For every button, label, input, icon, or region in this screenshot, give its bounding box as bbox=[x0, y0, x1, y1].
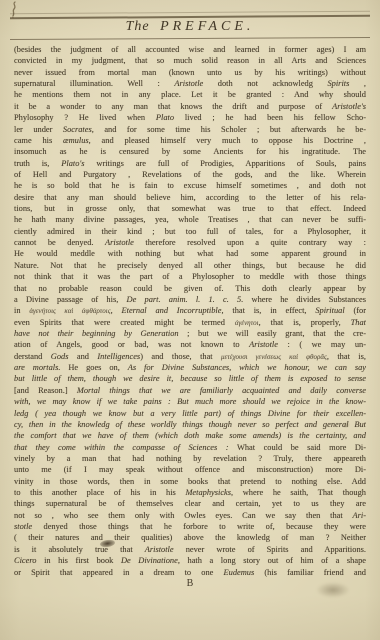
page-title-main: PREFACE. bbox=[160, 19, 254, 34]
text-line: vinity in those words, then in some book… bbox=[14, 476, 366, 487]
page-title: The PREFACE. bbox=[0, 19, 380, 35]
text-line: even Spirits that were created might be … bbox=[14, 317, 366, 328]
text-line: the comfort that we have of them (which … bbox=[14, 430, 366, 441]
text-line: ler under Socrates, and for some time hi… bbox=[14, 124, 366, 135]
text-line: are mortals. He goes on, As for Divine S… bbox=[14, 362, 366, 373]
text-line: stotle denyed those things that he forbo… bbox=[14, 521, 366, 532]
book-page: The PREFACE. (besides the judgment of al… bbox=[0, 0, 380, 640]
text-line: ciently admired in their kind ; but too … bbox=[14, 226, 366, 237]
text-line: never issued from mortal man (known unto… bbox=[14, 67, 366, 78]
text-line: things supernatural be of themselves cle… bbox=[14, 498, 366, 509]
text-line: [and Reason.] Mortal things that we are … bbox=[14, 385, 366, 396]
text-line: not so , who see them only with Owles ey… bbox=[14, 510, 366, 521]
text-line: (besides the judgment of all accounted w… bbox=[14, 44, 366, 55]
text-line: with, we may know if we take pains : But… bbox=[14, 396, 366, 407]
text-line: vinely by a man that had nothing by reve… bbox=[14, 453, 366, 464]
text-line: cy, then in the knowledg of these worldl… bbox=[14, 419, 366, 430]
text-line: tions, but in grosse only, that somewhat… bbox=[14, 203, 366, 214]
text-line: He would meddle with nothing but what ha… bbox=[14, 248, 366, 259]
text-line: he is so bold that he is fain to excuse … bbox=[14, 180, 366, 191]
text-line: desire that any man should believe him, … bbox=[14, 192, 366, 203]
text-line: it be a wonder to any man that knows the… bbox=[14, 101, 366, 112]
text-line: Nature. Not that he precisely denyed all… bbox=[14, 260, 366, 271]
text-line: of Hell and Purgatory , Revelations of t… bbox=[14, 169, 366, 180]
smudge-right-margin bbox=[342, 422, 350, 428]
text-line: a Divine passage of his, De part. anim. … bbox=[14, 294, 366, 305]
text-line: Phylosophy ? He lived when Plato lived ;… bbox=[14, 112, 366, 123]
text-line: in ἀγενήτοις καὶ ἀφθάρτοις, Eternal and … bbox=[14, 305, 366, 316]
text-line: is it absolutely true that Aristotle nev… bbox=[14, 544, 366, 555]
text-line: ation of Angels, good or bad, was not kn… bbox=[14, 339, 366, 350]
text-line: ( their natures and their qualities) abo… bbox=[14, 532, 366, 543]
text-line: derstand Gods and Intelligences) and tho… bbox=[14, 351, 366, 362]
text-line: cannot be denyed. Aristotle therefore re… bbox=[14, 237, 366, 248]
body-text: (besides the judgment of all accounted w… bbox=[14, 44, 366, 578]
page-title-the: The bbox=[126, 19, 150, 34]
text-line: he mentions them not in any place. Let i… bbox=[14, 89, 366, 100]
text-line: convicted in my judgment, that so much s… bbox=[14, 55, 366, 66]
text-line: Cicero in his first book De Divinatione,… bbox=[14, 555, 366, 566]
text-line: he hath many divine passages, yea, whole… bbox=[14, 214, 366, 225]
text-line: to this another place of his in his Meta… bbox=[14, 487, 366, 498]
text-line: truth is, Plato's writings are full of P… bbox=[14, 158, 366, 169]
header-rule-bottom bbox=[10, 37, 370, 40]
text-line: insomuch as he is censured by some Ancie… bbox=[14, 146, 366, 157]
text-line: not think that it was the part of a Phyl… bbox=[14, 271, 366, 282]
header-rule-top-faint bbox=[10, 11, 370, 15]
text-line: supernatural illumination. Well : Aristo… bbox=[14, 78, 366, 89]
text-line: that they come within the compasse of Sc… bbox=[14, 442, 366, 453]
text-line: came his æmulus, and pleased himself ver… bbox=[14, 135, 366, 146]
text-line: have not their beginning by Generation ;… bbox=[14, 328, 366, 339]
text-line: that no probable reason could be given o… bbox=[14, 283, 366, 294]
text-line: or Spirit that appeared in a dream to on… bbox=[14, 567, 366, 578]
text-line: ledg ( yea though we know but a very lit… bbox=[14, 408, 366, 419]
text-line: unto me (if I may speak without offence … bbox=[14, 464, 366, 475]
text-line: but little of them, though we desire it,… bbox=[14, 373, 366, 384]
smudge-bottom-right bbox=[316, 582, 350, 598]
